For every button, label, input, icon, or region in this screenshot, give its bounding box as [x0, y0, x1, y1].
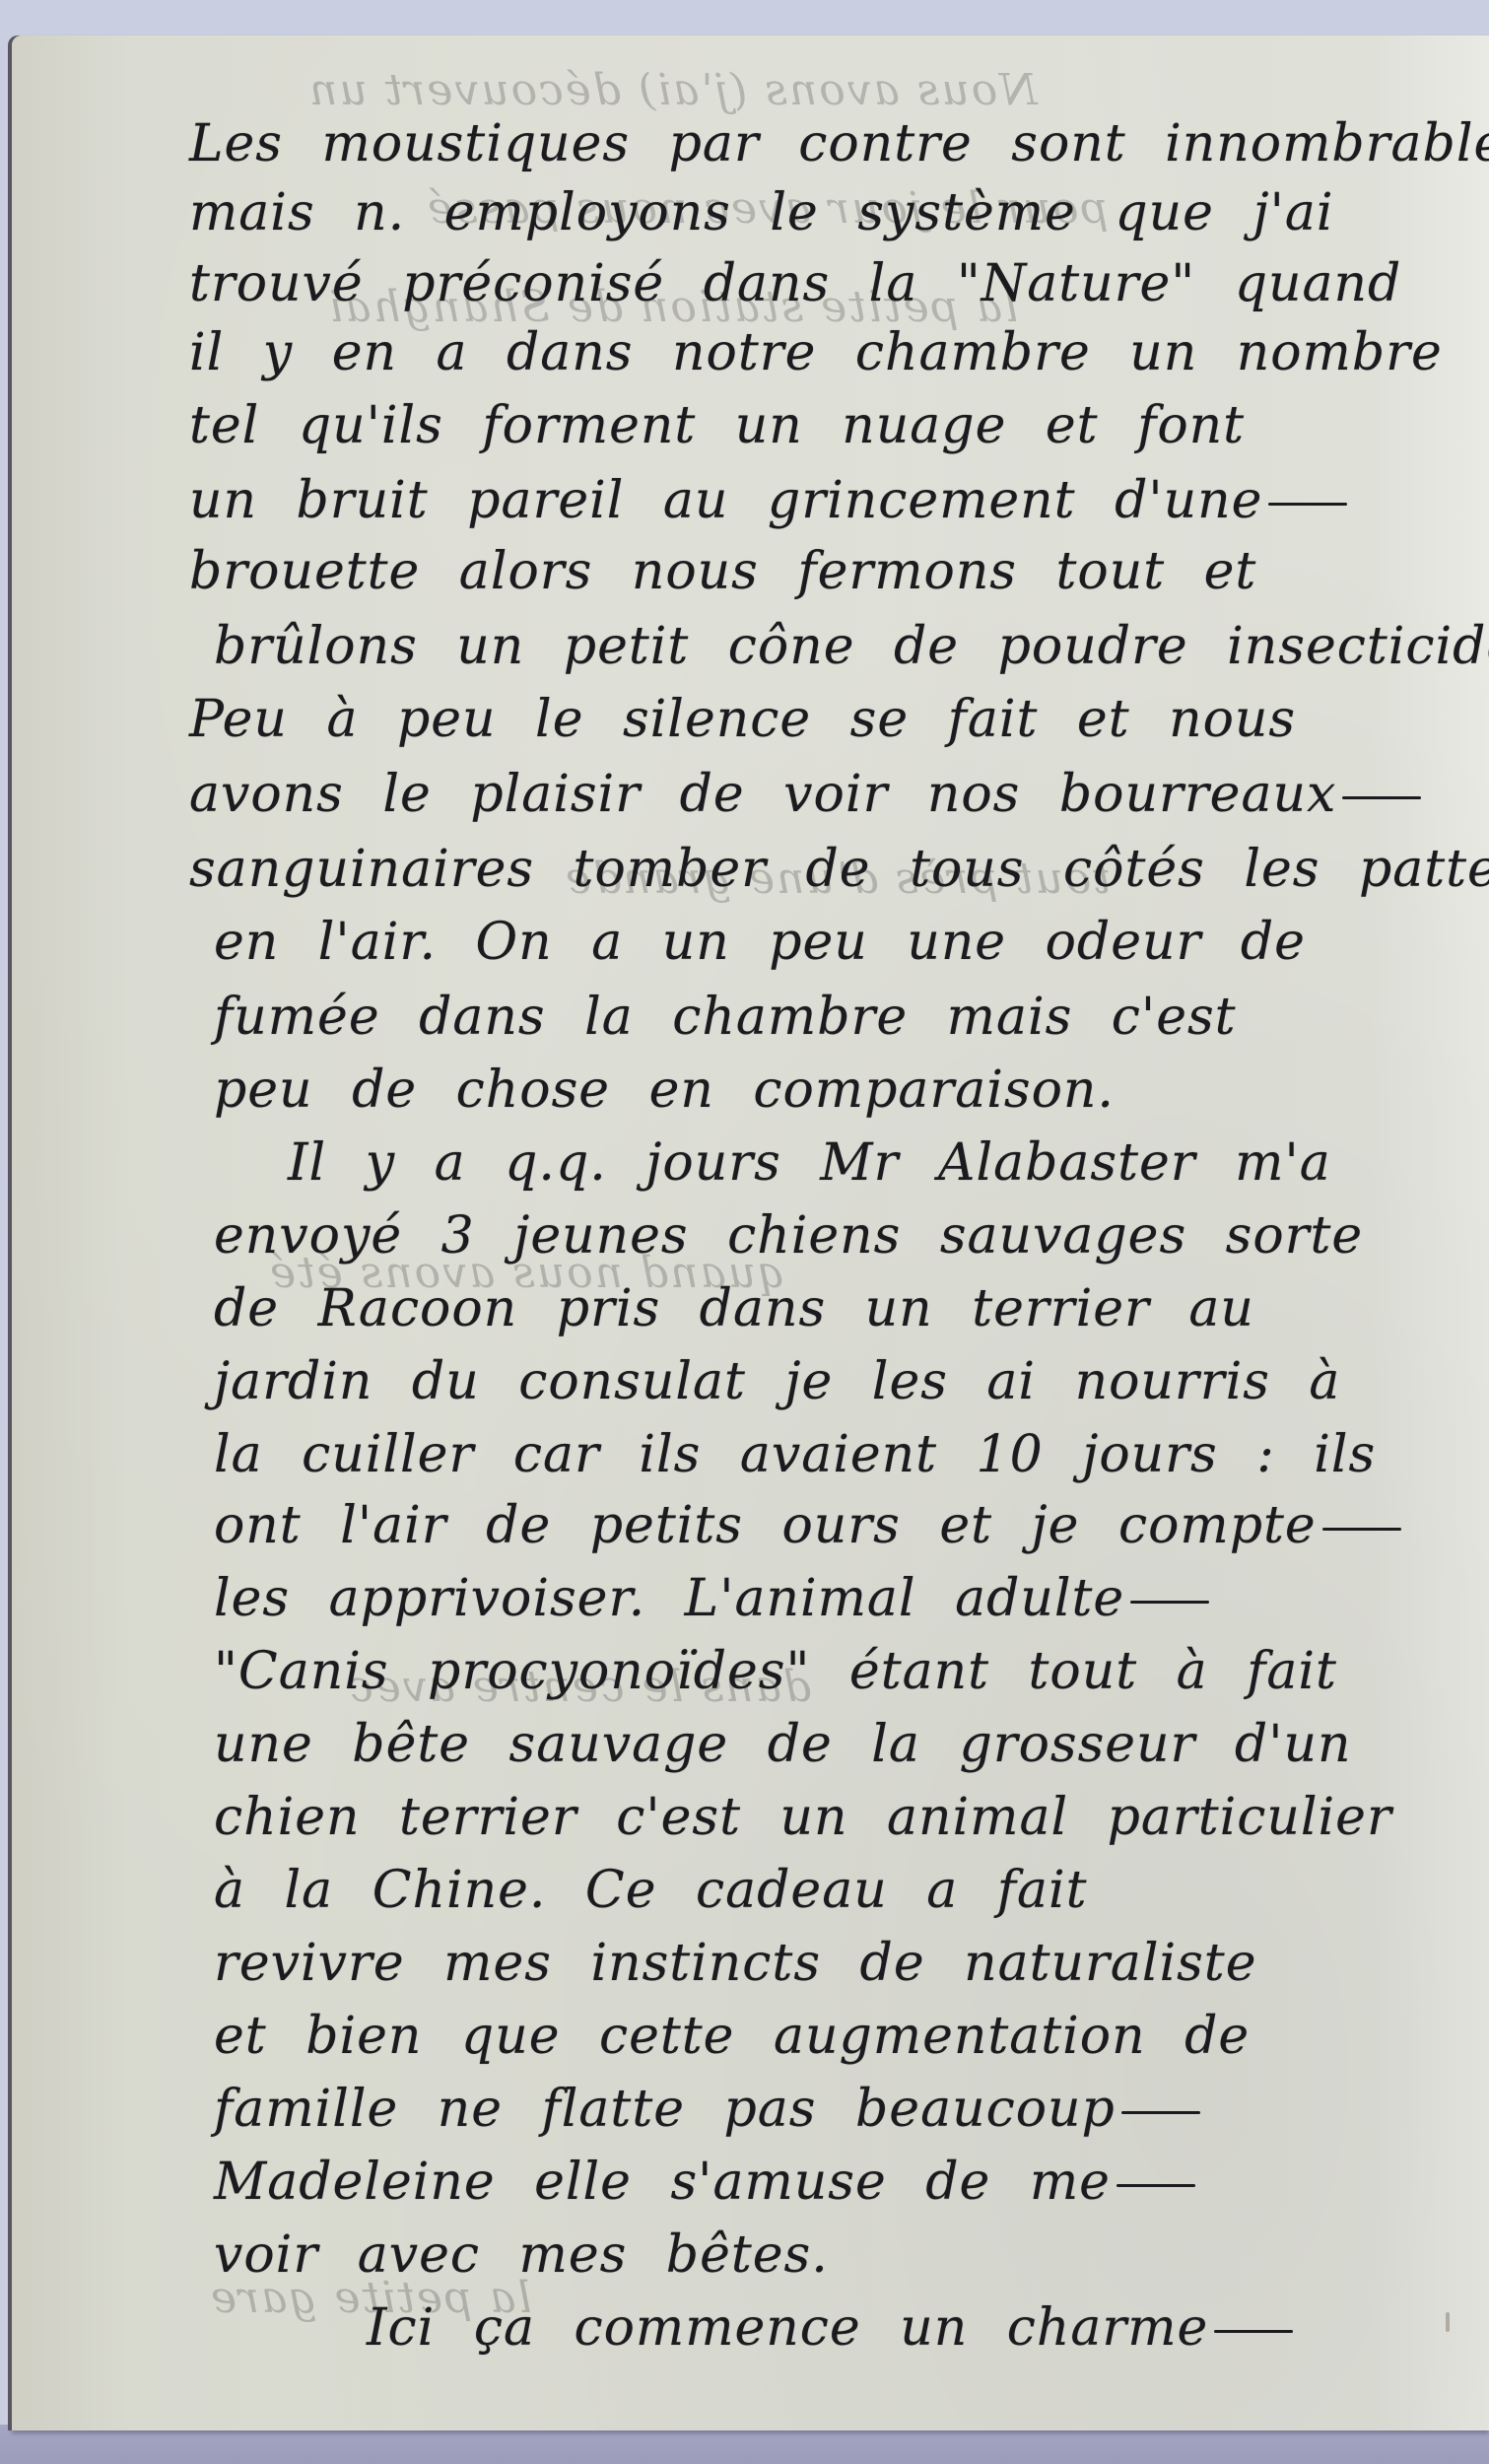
- photo-backdrop: [0, 2425, 1489, 2464]
- paper-blemish: [1446, 2312, 1450, 2332]
- letter-page: Nous avons (j'ai) découvert un pour le j…: [12, 35, 1489, 2430]
- letter-line: la cuiller car ils avaient 10 jours : il…: [214, 1425, 1376, 1484]
- letter-line: les apprivoiser. L'animal adulte: [214, 1569, 1209, 1628]
- letter-line: ont l'air de petits ours et je compte: [214, 1496, 1401, 1555]
- letter-line: chien terrier c'est un animal particulie…: [214, 1788, 1392, 1847]
- letter-line: brûlons un petit cône de poudre insectic…: [214, 617, 1489, 676]
- letter-line: mais n. employons le système que j'ai: [189, 183, 1334, 242]
- letter-line: envoyé 3 jeunes chiens sauvages sorte: [214, 1206, 1363, 1266]
- letter-line: voir avec mes bêtes.: [214, 2225, 829, 2285]
- letter-line: il y en a dans notre chambre un nombre: [189, 323, 1443, 382]
- letter-line: tel qu'ils forment un nuage et font: [189, 396, 1245, 455]
- letter-line: Les moustiques par contre sont innombrab…: [189, 114, 1489, 173]
- letter-line: sanguinaires tomber de tous côtés les pa…: [189, 840, 1489, 899]
- letter-line: famille ne flatte pas beaucoup: [214, 2080, 1200, 2139]
- letter-line: revivre mes instincts de naturaliste: [214, 1934, 1256, 1993]
- letter-line: une bête sauvage de la grosseur d'un: [214, 1715, 1351, 1774]
- letter-line: Madeleine elle s'amuse de me: [214, 2153, 1195, 2212]
- letter-line: fumée dans la chambre mais c'est: [214, 988, 1237, 1047]
- letter-line: de Racoon pris dans un terrier au: [214, 1279, 1254, 1338]
- letter-line: un bruit pareil au grincement d'une: [189, 471, 1347, 530]
- letter-line: et bien que cette augmentation de: [214, 2007, 1250, 2066]
- letter-line: en l'air. On a un peu une odeur de: [214, 913, 1306, 972]
- letter-line: avons le plaisir de voir nos bourreaux: [189, 765, 1421, 824]
- letter-line: Ici ça commence un charme: [367, 2298, 1293, 2358]
- letter-line: brouette alors nous fermons tout et: [189, 542, 1256, 601]
- letter-line: Peu à peu le silence se fait et nous: [189, 690, 1296, 749]
- letter-line: "Canis procyonoïdes" étant tout à fait: [214, 1642, 1337, 1701]
- letter-line: peu de chose en comparaison.: [214, 1061, 1115, 1120]
- letter-line: jardin du consulat je les ai nourris à: [214, 1352, 1340, 1411]
- letter-line: trouvé préconisé dans la "Nature" quand: [189, 254, 1401, 313]
- letter-text: Les moustiques par contre sont innombrab…: [12, 35, 1489, 2430]
- letter-line: Il y a q.q. jours Mr Alabaster m'a: [288, 1133, 1331, 1193]
- letter-line: à la Chine. Ce cadeau a fait: [214, 1861, 1088, 1920]
